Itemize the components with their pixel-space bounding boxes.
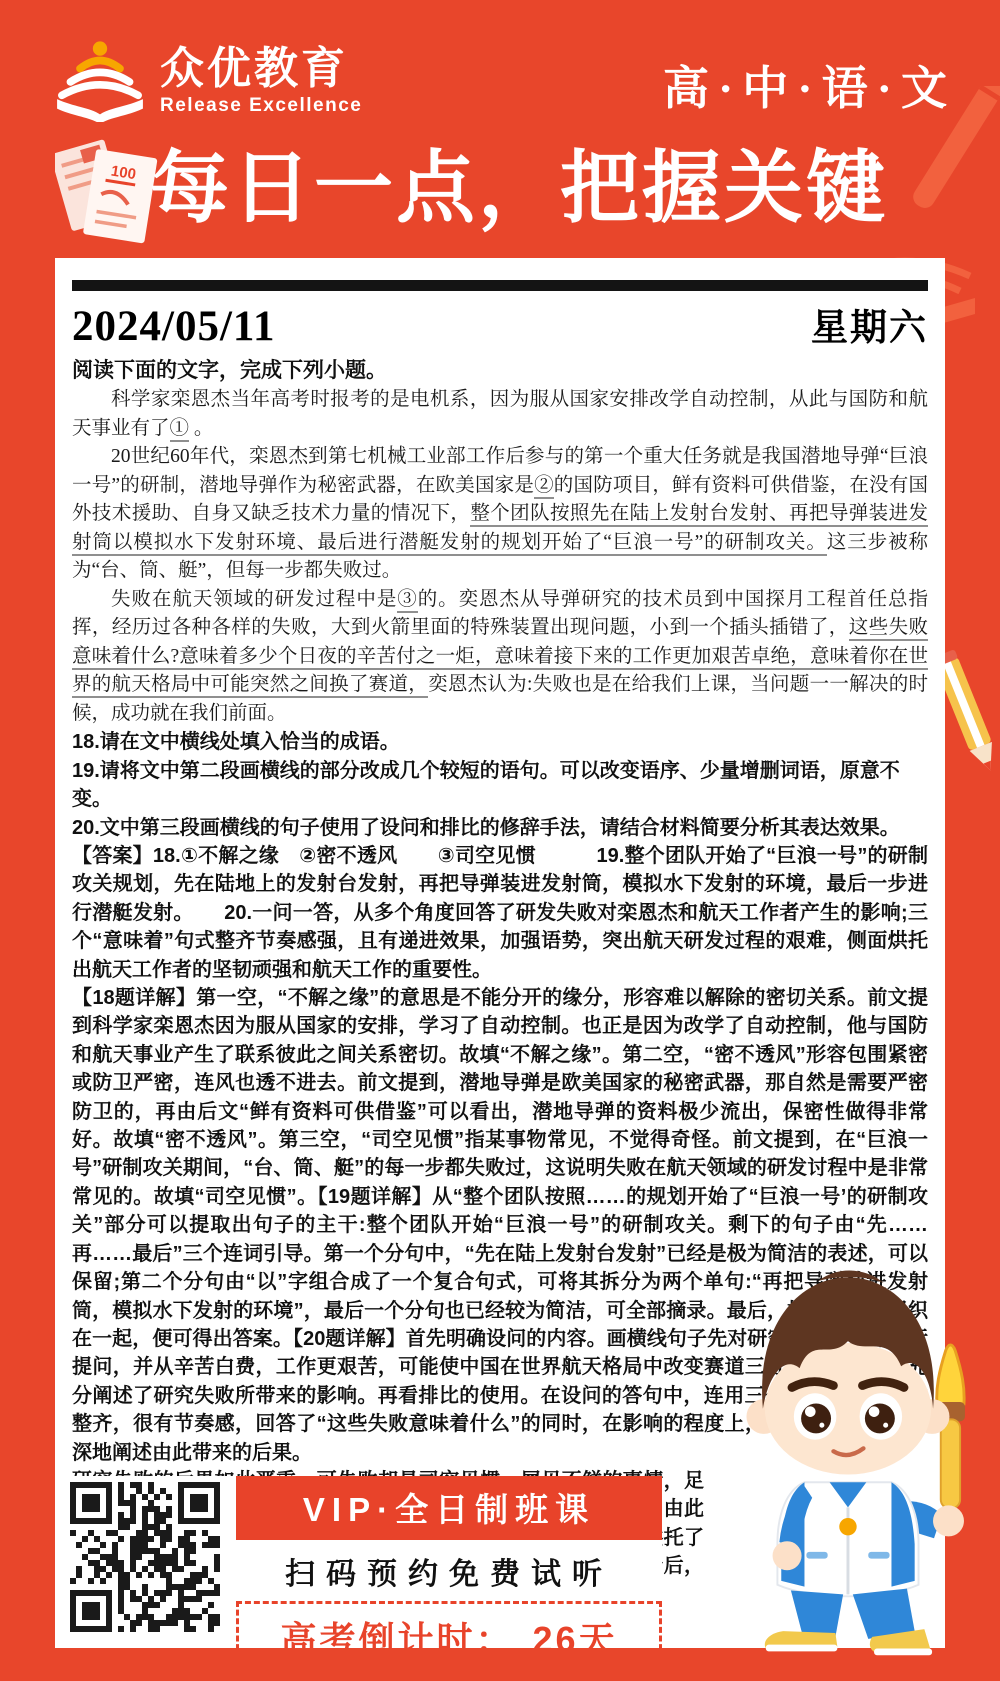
date-row: 2024/05/11 星期六	[72, 297, 928, 351]
student-mascot	[702, 1260, 992, 1665]
reading-passage: 科学家栾恩杰当年高考时报考的是电机系，因为服从国家安排改学自动控制，从此与国防和…	[72, 386, 928, 728]
underlined-segment: ①	[170, 418, 190, 442]
brand-header: 众优教育 Release Excellence	[52, 40, 362, 122]
countdown-label: 高考倒计时：	[280, 1619, 514, 1648]
passage-segment: 。	[189, 418, 213, 439]
top-divider-bar	[72, 280, 928, 291]
question-line: 20.文中第三段画横线的句子使用了设问和排比的修辞手法，请结合材料简要分析其表达…	[72, 814, 928, 843]
date-label: 2024/05/11	[72, 302, 276, 351]
passage-paragraph: 20世纪60年代，栾恩杰到第七机械工业部工作后参与的第一个重大任务就是我国潜地导…	[72, 443, 928, 586]
passage-paragraph: 科学家栾恩杰当年高考时报考的是电机系，因为服从国家安排改学自动控制，从此与国防和…	[72, 386, 928, 443]
weekday-label: 星期六	[811, 297, 928, 351]
question-line: 18.请在文中横线处填入恰当的成语。	[72, 728, 928, 757]
passage-instruction: 阅读下面的文字，完成下列小题。	[72, 354, 928, 384]
book-logo-icon	[52, 40, 148, 122]
gaokao-countdown-box: 高考倒计时：26天	[236, 1601, 662, 1648]
paper-notes-decor: 100	[55, 128, 160, 251]
page-title: 每日一点，把握关键	[150, 124, 888, 238]
qr-code	[70, 1482, 220, 1632]
qr-code-image	[70, 1482, 220, 1632]
brand-name: 众优教育	[160, 46, 362, 92]
daily-chinese-practice-poster: { "header": { "brand_name": "众优教育", "bra…	[0, 0, 1000, 1681]
scan-cta-text: 扫码预约免费试听	[236, 1549, 662, 1593]
promo-column: VIP·全日制班课 扫码预约免费试听 高考倒计时：26天	[236, 1476, 662, 1648]
question-line: 19.请将文中第二段画横线的部分改成几个较短的语句。可以改变语序、少量增删词语，…	[72, 757, 928, 814]
underlined-segment: ②	[534, 475, 554, 499]
passage-segment: 失败在航天领域的研发过程中是	[111, 589, 397, 610]
promo-footer: VIP·全日制班课 扫码预约免费试听 高考倒计时：26天	[70, 1476, 662, 1648]
graded-papers-icon: 100	[55, 128, 160, 246]
student-mascot-illustration	[702, 1260, 992, 1660]
countdown-value: 26天	[532, 1619, 617, 1648]
question-list: 18.请在文中横线处填入恰当的成语。19.请将文中第二段画横线的部分改成几个较短…	[72, 728, 928, 842]
brand-text: 众优教育 Release Excellence	[160, 46, 362, 122]
vip-banner: VIP·全日制班课	[236, 1476, 662, 1540]
passage-paragraph: 失败在航天领域的研发过程中是③的。奕恩杰从导弹研究的技术员到中国探月工程首任总指…	[72, 586, 928, 729]
brand-tagline: Release Excellence	[160, 95, 362, 117]
subject-badge: 高·中·语·文	[663, 52, 956, 118]
underlined-segment: ③	[397, 589, 417, 613]
answer-block: 【答案】18.①不解之缘 ②密不透风 ③司空见惯 19.整个团队开始了“巨浪一号…	[72, 842, 928, 984]
